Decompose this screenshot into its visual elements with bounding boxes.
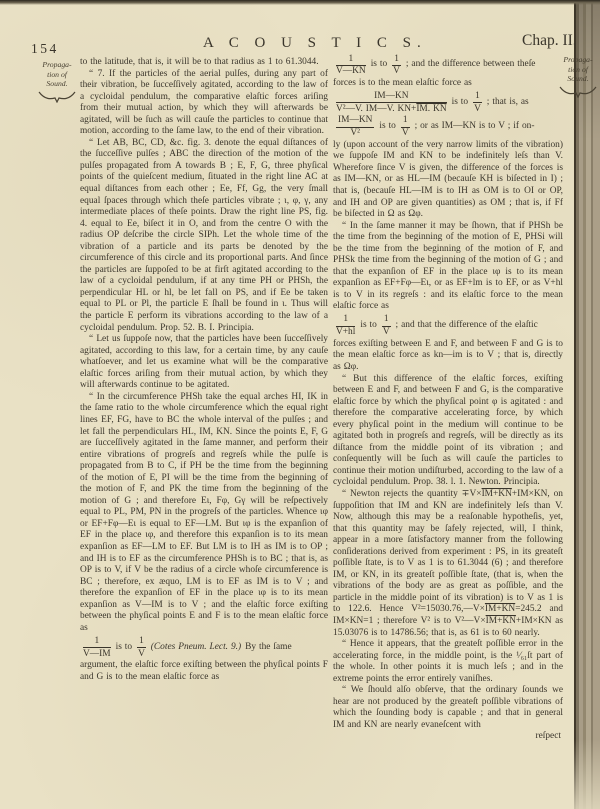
fraction-denominator: V² — [336, 128, 374, 139]
fraction-numerator: IM—KN — [336, 91, 447, 103]
page-edge-top — [0, 0, 600, 5]
formula-text: ; and the difference between theſe — [406, 59, 536, 71]
overlined-term: IM+KN — [485, 604, 515, 614]
page-number: 154 — [31, 41, 59, 57]
overlined-term: IM. KN — [416, 104, 446, 114]
paragraph: “ In the circumference PHSh take the equ… — [80, 392, 328, 634]
fraction-denominator: V — [473, 103, 482, 114]
formula-line: 1 V—IM is to 1 V (Cotes Pneum. Lect. 9.)… — [80, 636, 328, 659]
chapter-heading: Chap. II. — [522, 32, 577, 50]
formula-text: is to — [371, 59, 388, 71]
fraction-numerator: 1 — [336, 314, 355, 326]
paragraph: “ We ſhould alſo obſerve, that the ordin… — [333, 685, 563, 731]
formula-text: is to — [360, 320, 377, 332]
formula-line: IM—KN V²—V. IM—V. KN+IM. KN is to 1 V ; … — [333, 91, 563, 114]
paragraph: “ But this difference of the elaſtic for… — [333, 374, 563, 489]
brace-flourish-icon — [558, 86, 598, 98]
fraction: 1 V—KN — [336, 54, 366, 77]
left-text-column: to the latitude, that is, it will be to … — [80, 57, 328, 683]
fraction-denominator: V — [401, 128, 410, 139]
fraction-numerator: 1 — [401, 115, 410, 127]
formula-text: V²—V. IM—V. KN+ — [336, 104, 416, 114]
fraction: IM—KN V²—V. IM—V. KN+IM. KN — [336, 91, 447, 114]
fraction-numerator: 1 — [392, 54, 401, 66]
page-title: A C O U S T I C S. — [203, 35, 427, 52]
brace-flourish-icon — [37, 91, 77, 103]
paragraph-segment: +IM×KN, on ſuppoſition that IM and KN ar… — [333, 489, 563, 614]
paragraph: “ 7. If the particles of the aerial pulſ… — [80, 69, 328, 138]
margin-note-line: Sound. — [46, 79, 67, 88]
fraction: 1 V—IM — [83, 636, 111, 659]
fraction-denominator: V+hl — [336, 327, 355, 338]
formula-text: is to — [452, 97, 469, 109]
paragraph: argument, the elaſtic force exiſting bet… — [80, 660, 328, 683]
formula-text: By the ſame — [245, 642, 292, 654]
page-edge-strip — [574, 0, 600, 809]
paragraph: “ Hence it appears, that the greateſt po… — [333, 639, 563, 685]
overlined-term: IM+KN — [482, 489, 512, 499]
formula-text: is to — [116, 642, 133, 654]
formula-text: ; or as IM—KN is to V ; if on- — [415, 121, 535, 133]
overlined-term: IM+KN — [486, 616, 516, 626]
fraction: 1 V — [392, 54, 401, 77]
fraction-denominator: V—IM — [83, 648, 111, 659]
margin-note-line: tion of — [47, 70, 67, 79]
formula-text: ; that is, as — [487, 97, 529, 109]
fraction-numerator: 1 — [137, 636, 146, 648]
formula-line: 1 V+hl is to 1 V ; and that the differen… — [333, 314, 563, 337]
formula-text: is to — [379, 121, 396, 133]
paragraph: “ Let us ſuppoſe now, that the particles… — [80, 334, 328, 392]
fraction: 1 V — [401, 115, 410, 138]
margin-note-line: Propaga- — [42, 60, 71, 69]
formula-text: ; and that the difference of the elaſtic — [396, 320, 538, 332]
right-text-column: 1 V—KN is to 1 V ; and the difference be… — [333, 52, 563, 743]
paragraph: ly (upon account of the very narrow limi… — [333, 140, 563, 221]
fraction: 1 V+hl — [336, 314, 355, 337]
citation: (Cotes Pneum. Lect. 9.) — [151, 642, 241, 654]
margin-note-left: Propaga- tion of Sound. — [34, 60, 80, 103]
formula-line: 1 V—KN is to 1 V ; and the difference be… — [333, 54, 563, 77]
fraction-denominator: V²—V. IM—V. KN+IM. KN — [336, 103, 447, 114]
fraction-numerator: 1 — [382, 314, 391, 326]
fraction: IM—KN V² — [336, 115, 374, 138]
fraction-denominator: V — [137, 648, 146, 659]
margin-note-line: Sound. — [567, 74, 588, 83]
paragraph: to the latitude, that is, it will be to … — [80, 57, 328, 69]
fraction-denominator: V — [392, 66, 401, 77]
paragraph: “ In the ſame manner it may be ſhown, th… — [333, 221, 563, 313]
margin-note-line: Propaga- — [563, 55, 592, 64]
fraction-denominator: V—KN — [336, 66, 366, 77]
fraction-numerator: 1 — [473, 91, 482, 103]
fraction: 1 V — [382, 314, 391, 337]
paragraph: “ Let AB, BC, CD, &c. fig. 3. denote the… — [80, 138, 328, 334]
formula-line: IM—KN V² is to 1 V ; or as IM—KN is to V… — [333, 115, 563, 138]
paragraph: “ Newton rejects the quantity ∓V×IM+KN+I… — [333, 489, 563, 639]
paragraph: forces is to the mean elaſtic force as — [333, 78, 563, 90]
fraction-denominator: V — [382, 327, 391, 338]
paragraph-segment: “ Newton rejects the quantity ∓V× — [342, 489, 482, 499]
scanned-book-page: { "page": { "number": "154", "header_tit… — [0, 0, 600, 809]
paragraph: forces exiſting between E and F, and bet… — [333, 339, 563, 374]
fraction: 1 V — [137, 636, 146, 659]
fraction-numerator: IM—KN — [336, 115, 374, 127]
fraction-numerator: 1 — [336, 54, 366, 66]
catchword: reſpect — [333, 731, 563, 743]
fraction-numerator: 1 — [83, 636, 111, 648]
margin-note-line: tion of — [568, 65, 588, 74]
fraction: 1 V — [473, 91, 482, 114]
